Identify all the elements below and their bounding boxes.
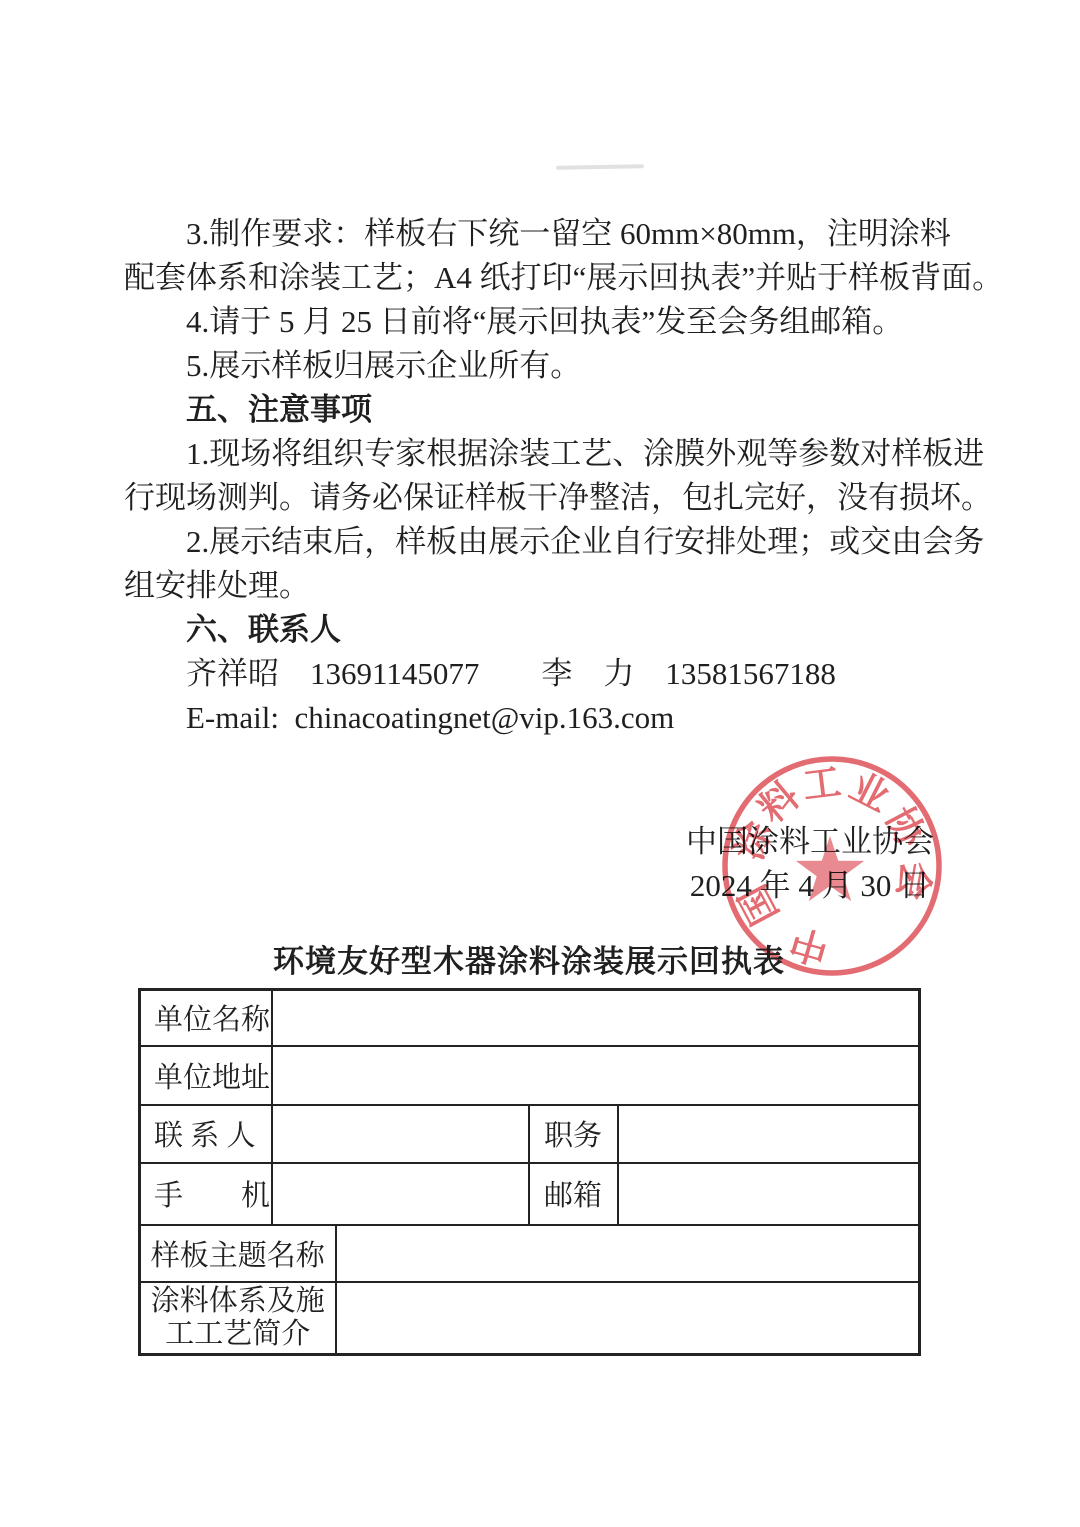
stamp-char: 工 bbox=[801, 761, 844, 807]
label-sample-theme: 样板主题名称 bbox=[140, 1225, 336, 1282]
label-unit-address: 单位地址 bbox=[140, 1046, 272, 1105]
table-row: 手 机 邮箱 bbox=[140, 1163, 920, 1225]
label-coating-system: 涂料体系及施工工艺简介 bbox=[140, 1282, 336, 1355]
body-line: 1.现场将组织专家根据涂装工艺、涂膜外观等参数对样板进 bbox=[124, 432, 940, 476]
body-line: 配套体系和涂装工艺；A4 纸打印“展示回执表”并贴于样板背面。 bbox=[124, 256, 940, 300]
input-cell-sample-theme bbox=[336, 1225, 920, 1282]
input-cell-position bbox=[618, 1105, 920, 1163]
table-row: 单位地址 bbox=[140, 1046, 920, 1105]
label-unit-name: 单位名称 bbox=[140, 990, 272, 1046]
receipt-table: 单位名称 单位地址 联 系 人 职务 手 机 邮箱 样板主题名称 涂料体系及施工… bbox=[138, 988, 921, 1356]
body-line: 4.请于 5 月 25 日前将“展示回执表”发至会务组邮箱。 bbox=[124, 300, 940, 344]
table-row: 联 系 人 职务 bbox=[140, 1105, 920, 1163]
input-cell-unit-name bbox=[272, 990, 920, 1046]
table-row: 涂料体系及施工工艺简介 bbox=[140, 1282, 920, 1355]
document-page: 3.制作要求：样板右下统一留空 60mm×80mm，注明涂料 配套体系和涂装工艺… bbox=[0, 0, 1080, 1527]
body-text: 3.制作要求：样板右下统一留空 60mm×80mm，注明涂料 配套体系和涂装工艺… bbox=[124, 212, 940, 740]
body-line: 2.展示结束后，样板由展示企业自行安排处理；或交由会务 bbox=[124, 520, 940, 564]
scan-artifact bbox=[556, 164, 644, 170]
input-cell-contact-person bbox=[272, 1105, 529, 1163]
table-row: 单位名称 bbox=[140, 990, 920, 1046]
contact-line: 齐祥昭 13691145077 李 力 13581567188 bbox=[124, 652, 940, 696]
body-line: 5.展示样板归展示企业所有。 bbox=[124, 344, 940, 388]
email-line: E-mail: chinacoatingnet@vip.163.com bbox=[124, 696, 940, 740]
input-cell-coating-system bbox=[336, 1282, 920, 1355]
table-row: 样板主题名称 bbox=[140, 1225, 920, 1282]
label-contact-person: 联 系 人 bbox=[140, 1105, 272, 1163]
input-cell-mobile bbox=[272, 1163, 529, 1225]
input-cell-unit-address bbox=[272, 1046, 920, 1105]
form-title: 环境友好型木器涂料涂装展示回执表 bbox=[138, 941, 920, 983]
section-heading-notes: 五、注意事项 bbox=[124, 388, 940, 432]
stamp-char: 会 bbox=[889, 858, 937, 903]
label-mobile: 手 机 bbox=[140, 1163, 272, 1225]
input-cell-email bbox=[618, 1163, 920, 1225]
section-heading-contacts: 六、联系人 bbox=[124, 608, 940, 652]
stamp-star bbox=[796, 836, 864, 901]
body-line: 组安排处理。 bbox=[124, 564, 940, 608]
body-line: 3.制作要求：样板右下统一留空 60mm×80mm，注明涂料 bbox=[124, 212, 940, 256]
body-line: 行现场测判。请务必保证样板干净整洁，包扎完好，没有损坏。 bbox=[124, 476, 940, 520]
label-position: 职务 bbox=[529, 1105, 618, 1163]
label-email: 邮箱 bbox=[529, 1163, 618, 1225]
